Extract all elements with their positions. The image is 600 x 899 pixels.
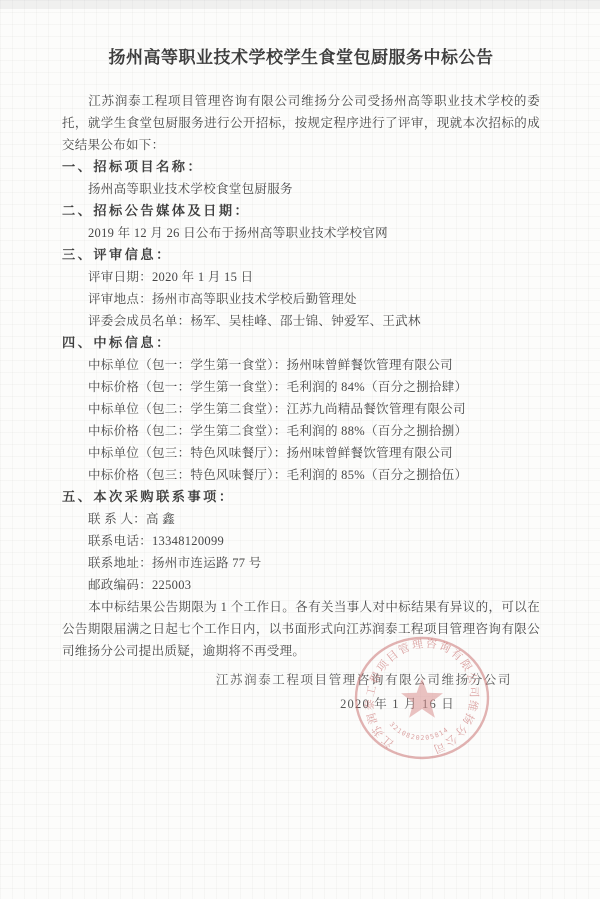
svg-text:3210820205814: 3210820205814 bbox=[388, 720, 451, 742]
contact-phone-line: 联系电话：13348120099 bbox=[62, 530, 540, 552]
award-price-package-3: 中标价格（包三：特色风味餐厅）：毛利润的 85%（百分之捌拾伍） bbox=[62, 464, 540, 486]
review-committee-line: 评委会成员名单：杨军、吴桂峰、邵士锦、钟爱军、王武林 bbox=[62, 310, 540, 332]
signature-block: 江苏润泰工程项目管理咨询有限公司维扬分公司 2020 年 1 月 16 日 bbox=[62, 668, 540, 716]
section-review-info: 三、评审信息： 评审日期：2020 年 1 月 15 日 评审地点：扬州市高等职… bbox=[62, 244, 540, 332]
scanned-document-page: 扬州高等职业技术学校学生食堂包厨服务中标公告 江苏润泰工程项目管理咨询有限公司维… bbox=[0, 0, 600, 899]
section-award-info: 四、中标信息： 中标单位（包一：学生第一食堂）：扬州味曾鲜餐饮管理有限公司 中标… bbox=[62, 332, 540, 486]
award-price-package-2: 中标价格（包二：学生第二食堂）：毛利润的 88%（百分之捌拾捌） bbox=[62, 420, 540, 442]
postal-code-line: 邮政编码：225003 bbox=[62, 574, 540, 596]
section-contact-info: 五、本次采购联系事项： 联 系 人：高 鑫 联系电话：13348120099 联… bbox=[62, 486, 540, 596]
signature-company: 江苏润泰工程项目管理咨询有限公司维扬分公司 bbox=[62, 668, 540, 692]
review-location-line: 评审地点：扬州市高等职业技术学校后勤管理处 bbox=[62, 288, 540, 310]
intro-paragraph: 江苏润泰工程项目管理咨询有限公司维扬分公司受扬州高等职业技术学校的委托，就学生食… bbox=[62, 90, 540, 156]
page-title: 扬州高等职业技术学校学生食堂包厨服务中标公告 bbox=[62, 42, 540, 68]
award-price-package-1: 中标价格（包一：学生第一食堂）：毛利润的 84%（百分之捌拾肆） bbox=[62, 376, 540, 398]
section-1-heading: 一、招标项目名称： bbox=[62, 156, 540, 178]
signature-date: 2020 年 1 月 16 日 bbox=[62, 692, 540, 716]
section-2-heading: 二、招标公告媒体及日期： bbox=[62, 200, 540, 222]
award-winner-package-2: 中标单位（包二：学生第二食堂）：江苏九尚精品餐饮管理有限公司 bbox=[62, 398, 540, 420]
section-2-line-1: 2019 年 12 月 26 日公布于扬州高等职业技术学校官网 bbox=[62, 222, 540, 244]
closing-paragraph: 本中标结果公告期限为 1 个工作日。各有关当事人对中标结果有异议的，可以在公告期… bbox=[62, 596, 540, 662]
seal-code-text: 3210820205814 bbox=[388, 720, 451, 742]
award-winner-package-1: 中标单位（包一：学生第一食堂）：扬州味曾鲜餐饮管理有限公司 bbox=[62, 354, 540, 376]
scan-edge-shade bbox=[0, 0, 600, 9]
section-project-name: 一、招标项目名称： 扬州高等职业技术学校食堂包厨服务 bbox=[62, 156, 540, 200]
contact-person-line: 联 系 人：高 鑫 bbox=[62, 508, 540, 530]
section-4-heading: 四、中标信息： bbox=[62, 332, 540, 354]
section-1-line-1: 扬州高等职业技术学校食堂包厨服务 bbox=[62, 178, 540, 200]
section-announcement-media: 二、招标公告媒体及日期： 2019 年 12 月 26 日公布于扬州高等职业技术… bbox=[62, 200, 540, 244]
review-date-line: 评审日期：2020 年 1 月 15 日 bbox=[62, 266, 540, 288]
section-5-heading: 五、本次采购联系事项： bbox=[62, 486, 540, 508]
contact-address-line: 联系地址：扬州市连运路 77 号 bbox=[62, 552, 540, 574]
award-winner-package-3: 中标单位（包三：特色风味餐厅）：扬州味曾鲜餐饮管理有限公司 bbox=[62, 442, 540, 464]
section-3-heading: 三、评审信息： bbox=[62, 244, 540, 266]
